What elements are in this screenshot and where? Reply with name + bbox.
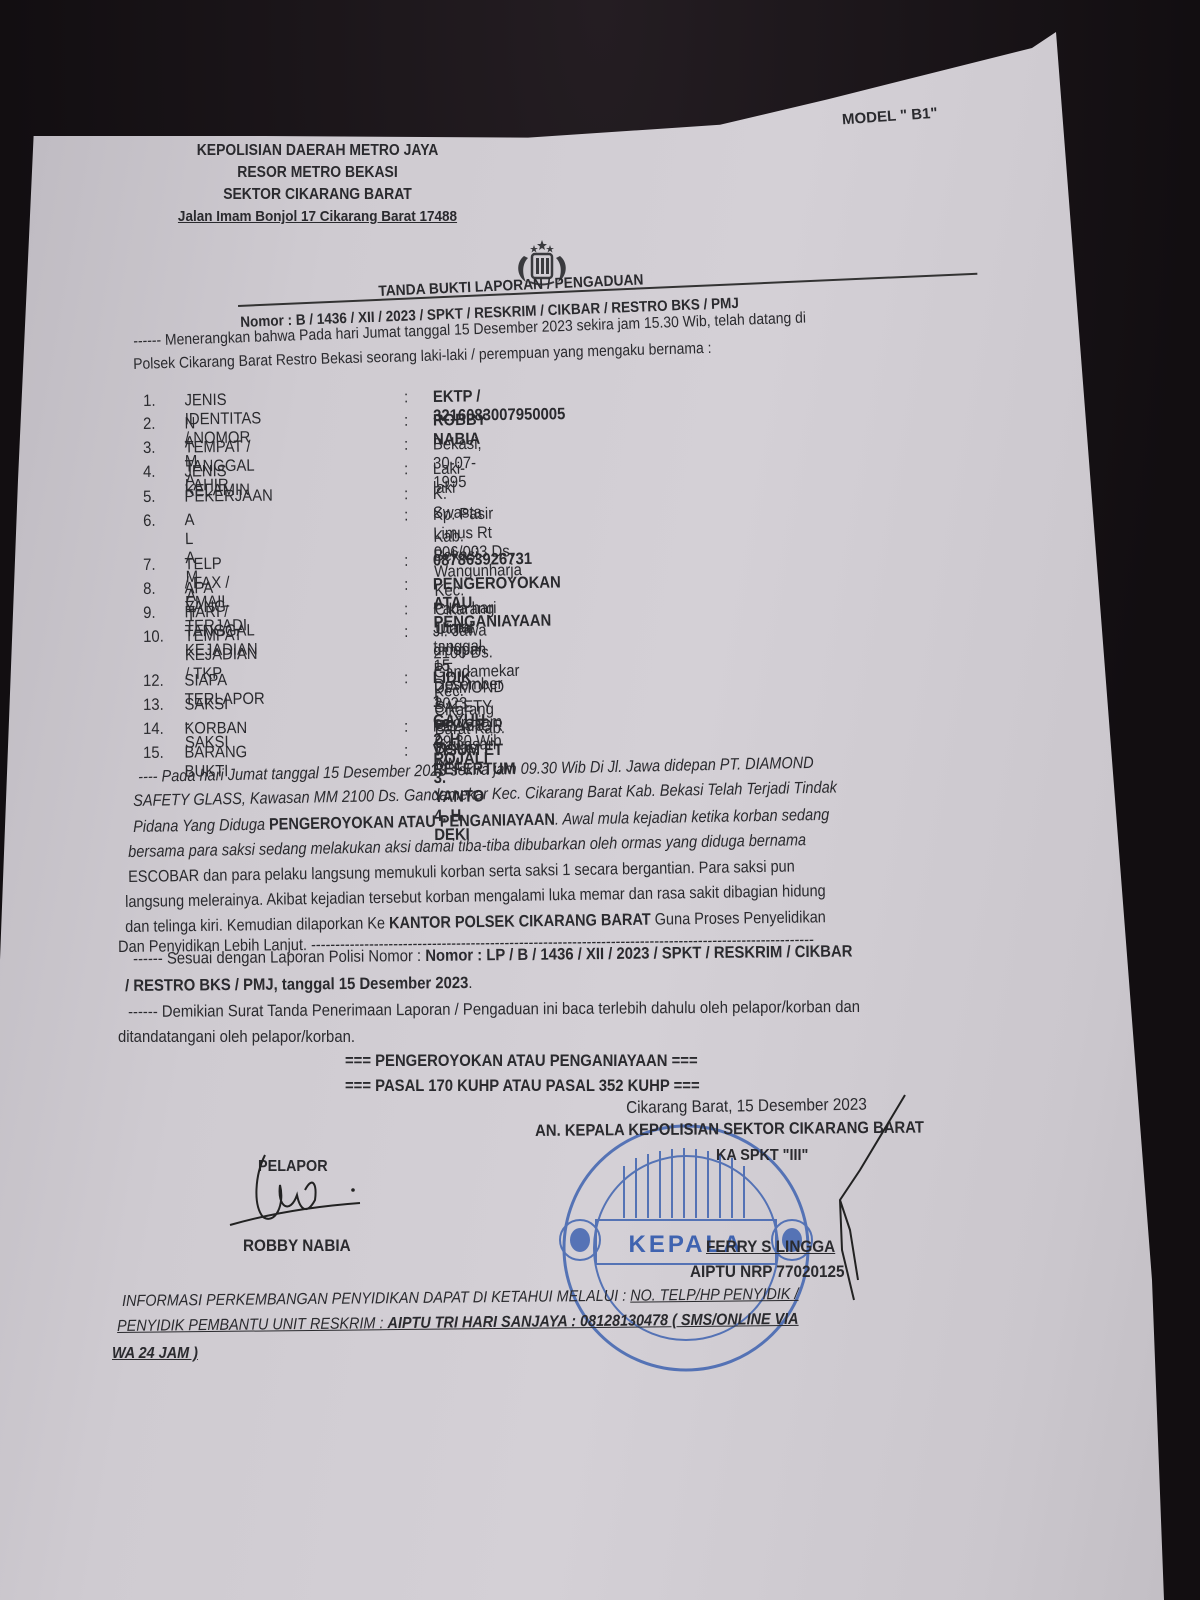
officer-signature-icon — [780, 1090, 920, 1310]
field-colon: : — [404, 576, 408, 595]
field-colon: : — [404, 388, 408, 407]
field-number: 9. — [143, 604, 156, 623]
field-number: 3. — [143, 439, 156, 458]
field-number: 13. — [143, 696, 164, 715]
document-title: TANDA BUKTI LAPORAN / PENGADUAN — [378, 271, 644, 300]
field-colon: : — [404, 460, 408, 479]
field-number: 8. — [143, 580, 156, 599]
narrative-line: ESCOBAR dan para pelaku langsung memukul… — [128, 858, 795, 887]
field-colon: : — [404, 742, 408, 761]
field-number: 7. — [143, 556, 156, 575]
field-value: PELAPOR — [433, 717, 503, 737]
field-number: 5. — [143, 488, 156, 507]
closing-line-2: ditandatangani oleh pelapor/korban. — [118, 1028, 355, 1047]
letterhead: KEPOLISIAN DAERAH METRO JAYA RESOR METRO… — [160, 140, 475, 228]
field-colon: : — [404, 552, 408, 571]
field-number: 4. — [143, 463, 156, 482]
field-colon: : — [404, 600, 408, 619]
field-colon: : — [404, 436, 408, 455]
offense-title: === PENGEROYOKAN ATAU PENGANIAYAAN === — [345, 1052, 698, 1071]
field-colon: : — [404, 623, 408, 642]
field-colon: : — [404, 718, 408, 737]
footer-investigator-contact: AIPTU TRI HARI SANJAYA : 08128130478 ( S… — [387, 1311, 798, 1332]
reference-suffix: . — [468, 974, 472, 992]
footer-contact-label: NO. TELP/HP PENYIDIK / — [630, 1286, 798, 1305]
reference-number-cont: / RESTRO BKS / PMJ, tanggal 15 Desember … — [125, 974, 468, 995]
narrative-line: langsung melerainya. Akibat kejadian ter… — [125, 882, 826, 912]
police-report-document: MODEL " B1" KEPOLISIAN DAERAH METRO JAYA… — [0, 0, 1200, 1600]
letterhead-line-1: KEPOLISIAN DAERAH METRO JAYA — [160, 140, 475, 162]
letterhead-line-2: RESOR METRO BEKASI — [160, 162, 475, 184]
field-number: 12. — [143, 672, 164, 691]
field-number: 10. — [143, 628, 164, 647]
police-report-reference-line-2: / RESTRO BKS / PMJ, tanggal 15 Desember … — [125, 974, 473, 996]
field-colon: : — [404, 669, 408, 688]
reference-prefix: ------ Sesuai dengan Laporan Polisi Nomo… — [133, 947, 425, 968]
field-number: 14. — [143, 720, 164, 739]
reference-number: Nomor : LP / B / 1436 / XII / 2023 / SPK… — [425, 942, 852, 964]
footer-line-3: WA 24 JAM ) — [112, 1345, 198, 1363]
field-label: KORBAN — [184, 719, 247, 739]
field-colon: : — [404, 506, 409, 525]
form-model-label: MODEL " B1" — [842, 105, 939, 129]
field-number: 6. — [143, 512, 156, 531]
reporter-signature-icon — [225, 1145, 385, 1235]
footer-info-text: INFORMASI PERKEMBANGAN PENYIDIKAN DAPAT … — [122, 1288, 630, 1310]
field-colon: : — [404, 485, 408, 504]
field-label: PEKERJAAN — [184, 487, 273, 507]
reporter-name: ROBBY NABIA — [243, 1236, 351, 1256]
footer-unit-label: PENYIDIK PEMBANTU UNIT RESKRIM : — [117, 1315, 388, 1335]
field-value: LIDIK — [433, 669, 472, 688]
closing-line-1: ------ Demikian Surat Tanda Penerimaan L… — [128, 998, 860, 1022]
letterhead-line-3: SEKTOR CIKARANG BARAT — [160, 184, 475, 206]
field-number: 2. — [143, 415, 156, 434]
letterhead-address: Jalan Imam Bonjol 17 Cikarang Barat 1748… — [160, 206, 475, 228]
field-number: 1. — [143, 392, 156, 411]
offense-article: === PASAL 170 KUHP ATAU PASAL 352 KUHP =… — [345, 1077, 700, 1096]
field-number: 15. — [143, 744, 164, 763]
field-colon: : — [404, 412, 408, 431]
field-value: 087863926731 — [433, 550, 532, 571]
